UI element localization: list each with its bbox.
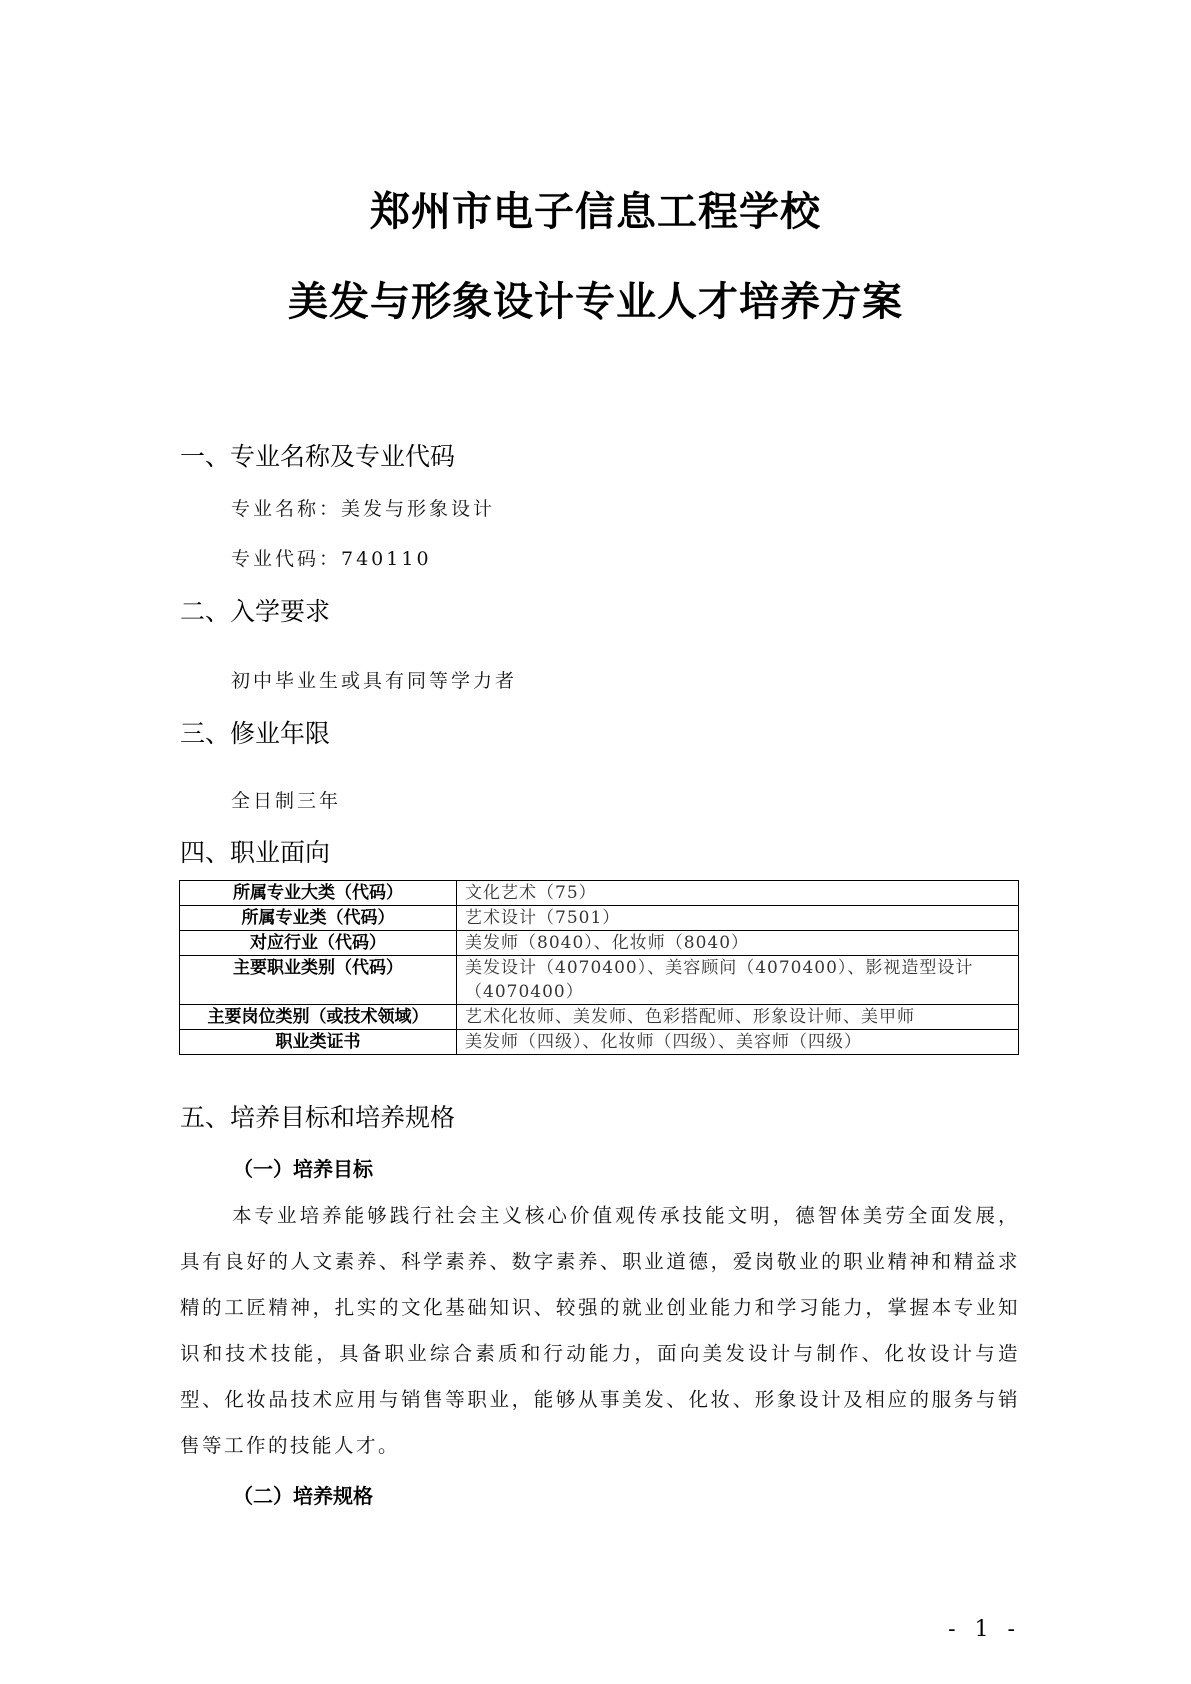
section-heading-5: 五、培养目标和培养规格	[180, 1098, 455, 1134]
table-key: 职业类证书	[180, 1030, 457, 1055]
table-key: 所属专业类（代码）	[180, 906, 457, 931]
table-row: 职业类证书 美发师（四级）、化妆师（四级）、美容师（四级）	[180, 1030, 1019, 1055]
table-row: 对应行业（代码） 美发师（8040）、化妆师（8040）	[180, 931, 1019, 956]
table-row: 主要职业类别（代码） 美发设计（4070400）、美容顾问（4070400）、影…	[180, 956, 1019, 1005]
section-heading-2: 二、入学要求	[180, 592, 330, 628]
table-key: 主要职业类别（代码）	[180, 956, 457, 1005]
document-title-program: 美发与形象设计专业人才培养方案	[0, 270, 1191, 327]
subsection-heading-specs: （二）培养规格	[233, 1480, 373, 1509]
table-value: 美发师（四级）、化妆师（四级）、美容师（四级）	[457, 1030, 1019, 1055]
table-row: 主要岗位类别（或技术领域） 艺术化妆师、美发师、色彩搭配师、形象设计师、美甲师	[180, 1005, 1019, 1030]
section-heading-3: 三、修业年限	[180, 714, 330, 750]
table-value: 文化艺术（75）	[457, 881, 1019, 906]
table-row: 所属专业类（代码） 艺术设计（7501）	[180, 906, 1019, 931]
section-heading-4: 四、职业面向	[180, 833, 330, 869]
document-title-school: 郑州市电子信息工程学校	[0, 180, 1191, 237]
section-heading-1: 一、专业名称及专业代码	[180, 437, 455, 473]
table-value: 美发师（8040）、化妆师（8040）	[457, 931, 1019, 956]
table-value: 美发设计（4070400）、美容顾问（4070400）、影视造型设计（40704…	[457, 956, 1019, 1005]
page-number: - 1 -	[948, 1617, 1021, 1642]
major-code: 专业代码：740110	[231, 544, 432, 571]
table-value: 艺术设计（7501）	[457, 906, 1019, 931]
career-orientation-table: 所属专业大类（代码） 文化艺术（75） 所属专业类（代码） 艺术设计（7501）…	[179, 880, 1019, 1055]
training-goals-paragraph: 本专业培养能够践行社会主义核心价值观传承技能文明，德智体美劳全面发展，具有良好的…	[180, 1193, 1020, 1469]
table-value: 艺术化妆师、美发师、色彩搭配师、形象设计师、美甲师	[457, 1005, 1019, 1030]
table-key: 主要岗位类别（或技术领域）	[180, 1005, 457, 1030]
admission-requirement: 初中毕业生或具有同等学力者	[231, 666, 517, 693]
table-row: 所属专业大类（代码） 文化艺术（75）	[180, 881, 1019, 906]
table-key: 对应行业（代码）	[180, 931, 457, 956]
major-name: 专业名称：美发与形象设计	[231, 494, 495, 521]
subsection-heading-goals: （一）培养目标	[233, 1153, 373, 1182]
study-duration: 全日制三年	[231, 786, 341, 813]
table-key: 所属专业大类（代码）	[180, 881, 457, 906]
